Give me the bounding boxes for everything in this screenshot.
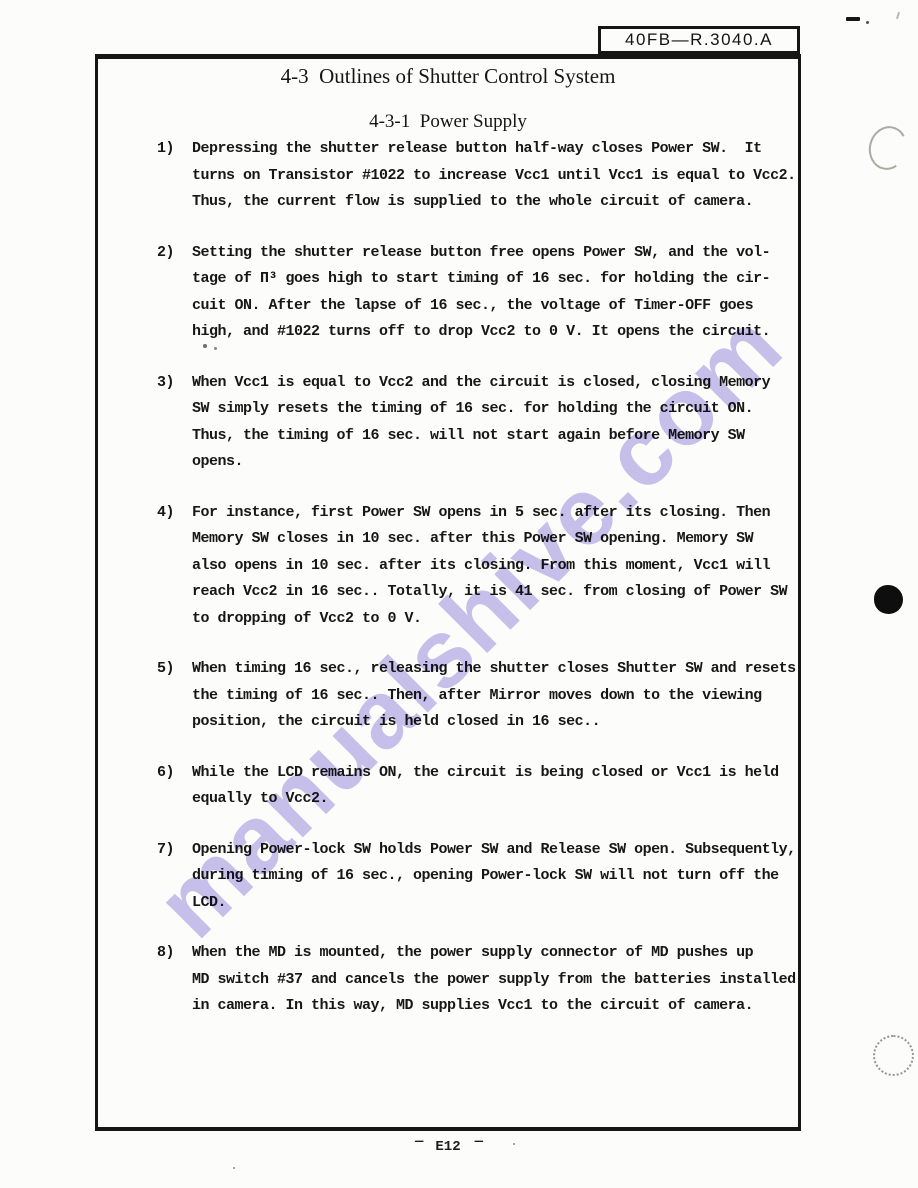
- paragraph-lines: When Vcc1 is equal to Vcc2 and the circu…: [192, 370, 770, 476]
- punch-hole-outline-bottom: [873, 1035, 914, 1076]
- doc-number-box: 40FB—R.3040.A: [598, 26, 800, 54]
- paragraph-number: 2): [157, 240, 192, 346]
- text-line: When Vcc1 is equal to Vcc2 and the circu…: [192, 370, 770, 397]
- text-line: during timing of 16 sec., opening Power-…: [192, 863, 796, 890]
- paragraph: 1)Depressing the shutter release button …: [157, 136, 812, 216]
- ink-speck: [214, 347, 217, 350]
- paragraph: 6)While the LCD remains ON, the circuit …: [157, 760, 812, 813]
- text-line: While the LCD remains ON, the circuit is…: [192, 760, 779, 787]
- paragraph-number: 6): [157, 760, 192, 813]
- page-number: —E12—: [95, 1139, 801, 1155]
- ink-speck: [513, 1143, 515, 1145]
- paragraph: 2)Setting the shutter release button fre…: [157, 240, 812, 346]
- paragraph-lines: When the MD is mounted, the power supply…: [192, 940, 796, 1020]
- paragraph-number: 1): [157, 136, 192, 216]
- doc-number: 40FB—R.3040.A: [625, 30, 773, 50]
- paragraph-lines: Opening Power-lock SW holds Power SW and…: [192, 837, 796, 917]
- text-line: Thus, the timing of 16 sec. will not sta…: [192, 423, 770, 450]
- margin-dot-mark: [866, 21, 869, 24]
- paragraph-number: 3): [157, 370, 192, 476]
- text-line: SW simply resets the timing of 16 sec. f…: [192, 396, 770, 423]
- punch-hole-outline-top: [864, 122, 912, 174]
- text-line: equally to Vcc2.: [192, 786, 779, 813]
- paragraph-number: 8): [157, 940, 192, 1020]
- paragraph-lines: Depressing the shutter release button ha…: [192, 136, 796, 216]
- punch-hole-filled-middle: [874, 585, 903, 614]
- text-line: tage of Π³ goes high to start timing of …: [192, 266, 770, 293]
- text-line: Setting the shutter release button free …: [192, 240, 770, 267]
- text-line: For instance, first Power SW opens in 5 …: [192, 500, 787, 527]
- text-line: opens.: [192, 449, 770, 476]
- paragraph-number: 4): [157, 500, 192, 633]
- paragraph-lines: When timing 16 sec., releasing the shutt…: [192, 656, 796, 736]
- text-line: LCD.: [192, 890, 796, 917]
- paragraph: 3)When Vcc1 is equal to Vcc2 and the cir…: [157, 370, 812, 476]
- paragraph-number: 5): [157, 656, 192, 736]
- text-line: Thus, the current flow is supplied to th…: [192, 189, 796, 216]
- text-line: turns on Transistor #1022 to increase Vc…: [192, 163, 796, 190]
- paragraph-lines: For instance, first Power SW opens in 5 …: [192, 500, 787, 633]
- margin-tick-mark: [896, 12, 900, 19]
- text-line: the timing of 16 sec.. Then, after Mirro…: [192, 683, 796, 710]
- page-number-dash-left: —: [415, 1134, 421, 1150]
- text-line: high, and #1022 turns off to drop Vcc2 t…: [192, 319, 770, 346]
- margin-dash-mark: [846, 17, 860, 21]
- ink-speck: [233, 1167, 235, 1169]
- text-line: position, the circuit is held closed in …: [192, 709, 796, 736]
- subsection-title: 4-3-1 Power Supply: [95, 111, 801, 133]
- text-line: Memory SW closes in 10 sec. after this P…: [192, 526, 787, 553]
- page-number-label: E12: [435, 1139, 460, 1155]
- page-number-dash-right: —: [475, 1134, 481, 1150]
- text-line: also opens in 10 sec. after its closing.…: [192, 553, 787, 580]
- text-line: When timing 16 sec., releasing the shutt…: [192, 656, 796, 683]
- text-line: When the MD is mounted, the power supply…: [192, 940, 796, 967]
- paragraph: 4)For instance, first Power SW opens in …: [157, 500, 812, 633]
- text-line: Depressing the shutter release button ha…: [192, 136, 796, 163]
- paragraph: 8)When the MD is mounted, the power supp…: [157, 940, 812, 1020]
- text-line: in camera. In this way, MD supplies Vcc1…: [192, 993, 796, 1020]
- text-line: to dropping of Vcc2 to 0 V.: [192, 606, 787, 633]
- body-paragraphs: 1)Depressing the shutter release button …: [157, 136, 812, 1044]
- text-line: reach Vcc2 in 16 sec.. Totally, it is 41…: [192, 579, 787, 606]
- paragraph-lines: Setting the shutter release button free …: [192, 240, 770, 346]
- text-line: MD switch #37 and cancels the power supp…: [192, 967, 796, 994]
- paragraph: 7)Opening Power-lock SW holds Power SW a…: [157, 837, 812, 917]
- ink-speck: [203, 344, 207, 348]
- paragraph-lines: While the LCD remains ON, the circuit is…: [192, 760, 779, 813]
- scanned-manual-page: manualshive.com 40FB—R.3040.A 4-3 Outlin…: [0, 0, 918, 1188]
- paragraph: 5)When timing 16 sec., releasing the shu…: [157, 656, 812, 736]
- paragraph-number: 7): [157, 837, 192, 917]
- section-title: 4-3 Outlines of Shutter Control System: [95, 64, 801, 89]
- text-line: Opening Power-lock SW holds Power SW and…: [192, 837, 796, 864]
- text-line: cuit ON. After the lapse of 16 sec., the…: [192, 293, 770, 320]
